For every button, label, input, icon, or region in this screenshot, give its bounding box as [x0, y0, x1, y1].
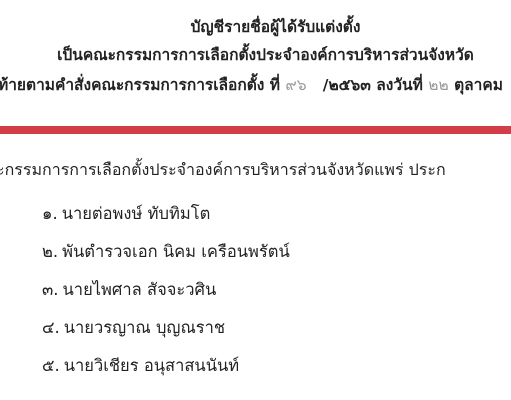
list-item: ๔.นายวรญาณ บุญณราช	[42, 315, 290, 353]
document-page: บัญชีรายชื่อผู้ได้รับแต่งตั้ง เป็นคณะกรร…	[0, 0, 511, 400]
item-number: ๔.	[42, 318, 60, 337]
member-name: นายวิเชียร อนุสาสนนันท์	[64, 356, 239, 375]
item-number: ๒.	[42, 242, 58, 261]
list-item: ๒.พันตำรวจเอก นิคม เครือนพรัตน์	[42, 239, 290, 277]
member-name: นายวรญาณ บุญณราช	[64, 318, 225, 337]
item-number: ๕.	[42, 356, 60, 375]
member-name: นายไพศาล สัจจะวศิน	[63, 280, 217, 299]
order-day: ๒๒	[428, 76, 448, 94]
order-reference-prefix: ท้ายตามคำสั่งคณะกรรมการการเลือกตั้ง ที่	[0, 76, 280, 94]
member-name: พันตำรวจเอก นิคม เครือนพรัตน์	[62, 242, 290, 261]
order-number: ๙๖	[285, 76, 306, 94]
item-number: ๓.	[42, 280, 59, 299]
member-list: ๑.นายต่อพงษ์ ทับทิมโต ๒.พันตำรวจเอก นิคม…	[42, 201, 290, 391]
list-item: ๓.นายไพศาล สัจจะวศิน	[42, 277, 290, 315]
list-item: ๕.นายวิเชียร อนุสาสนนันท์	[42, 353, 290, 391]
order-year: /๒๕๖๓	[323, 76, 371, 94]
order-reference-line: ท้ายตามคำสั่งคณะกรรมการการเลือกตั้ง ที่ …	[0, 72, 503, 97]
red-divider	[0, 126, 511, 134]
member-name: นายต่อพงษ์ ทับทิมโต	[62, 204, 211, 223]
document-title: บัญชีรายชื่อผู้ได้รับแต่งตั้ง	[0, 14, 511, 39]
document-subtitle: เป็นคณะกรรมการการเลือกตั้งประจำองค์การบร…	[0, 42, 511, 67]
intro-paragraph: ะกรรมการการเลือกตั้งประจำองค์การบริหารส่…	[0, 158, 446, 183]
item-number: ๑.	[42, 204, 58, 223]
list-item: ๑.นายต่อพงษ์ ทับทิมโต	[42, 201, 290, 239]
date-prefix: ลงวันที่	[376, 76, 423, 94]
order-month: ตุลาคม	[454, 76, 503, 94]
